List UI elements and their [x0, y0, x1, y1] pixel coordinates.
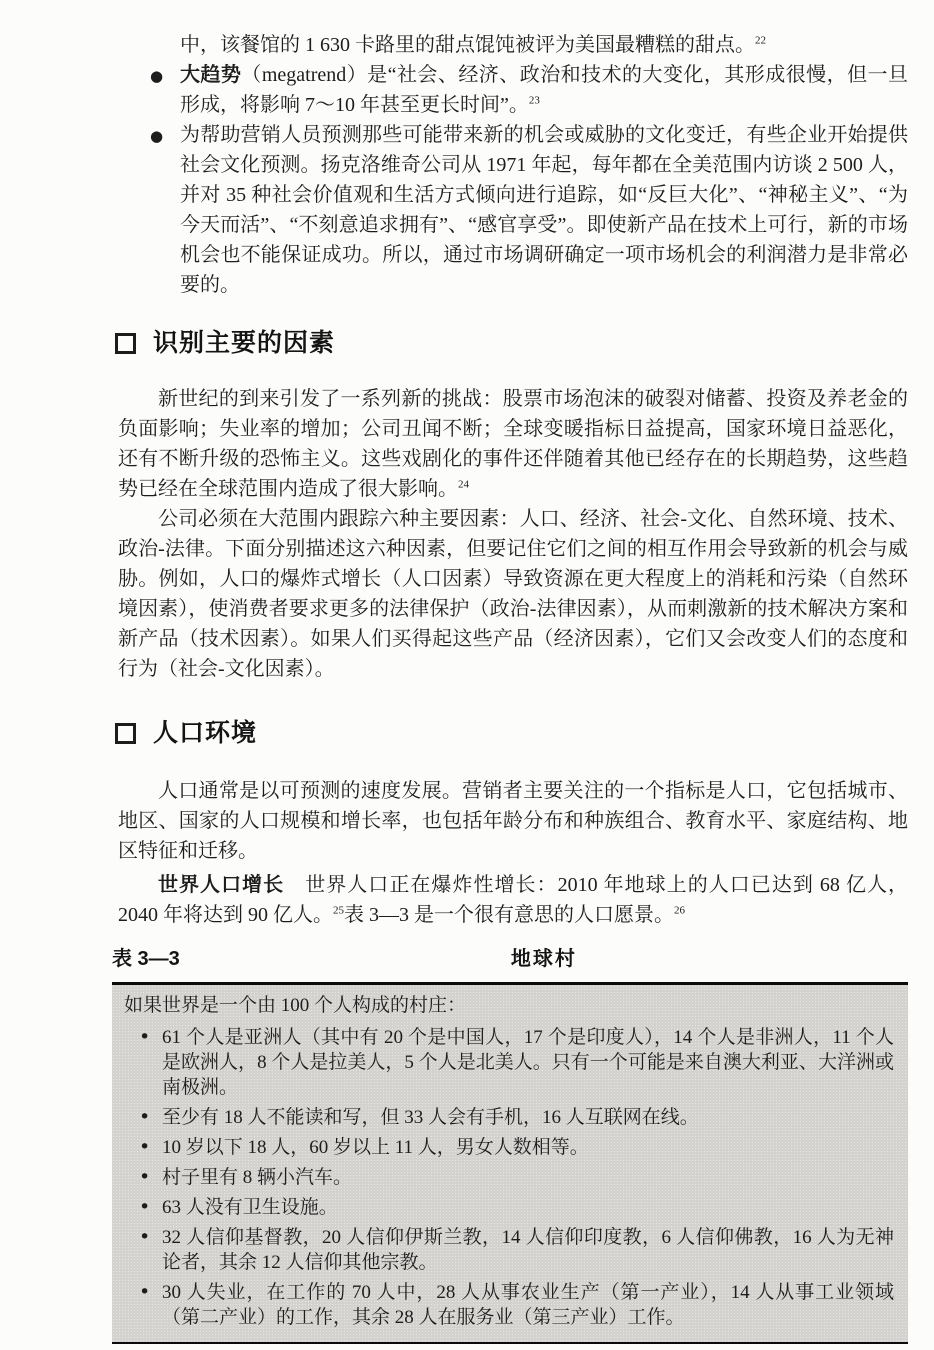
table-item: • 61 个人是亚洲人（其中有 20 个是中国人，17 个是印度人），14 个人…: [124, 1025, 894, 1100]
paragraph: 人口通常是以可预测的速度发展。营销者主要关注的一个指标是人口，它包括城市、地区、…: [118, 776, 908, 866]
top-continuation-block: 中，该餐馆的 1 630 卡路里的甜点馄饨被评为美国最糟糕的甜点。22 ● 大趋…: [118, 30, 908, 300]
table-item-list: • 61 个人是亚洲人（其中有 20 个是中国人，17 个是印度人），14 个人…: [124, 1025, 894, 1330]
list-dot-icon: •: [139, 1280, 150, 1305]
table-caption: 表 3—3 地球村: [112, 944, 908, 974]
table-item-text: 30 人失业，在工作的 70 人中，28 人从事农业生产（第一产业），14 人从…: [162, 1282, 894, 1328]
table-item-text: 至少有 18 人不能读和写，但 33 人会有手机，16 人互联网在线。: [162, 1107, 699, 1128]
table-title: 地球村: [180, 944, 908, 974]
bullet-dot-icon: ●: [150, 61, 163, 91]
table-item: • 63 人没有卫生设施。: [124, 1195, 894, 1220]
section-heading-text: 人口环境: [153, 718, 257, 748]
section-heading-demographic-environment: 人口环境: [115, 718, 908, 748]
table-item-text: 32 人信仰基督教，20 人信仰伊斯兰教，14 人信仰印度教，6 人信仰佛教，1…: [162, 1227, 894, 1273]
bullet-item: ● 大趋势（megatrend）是“社会、经济、政治和技术的大变化，其形成很慢，…: [180, 60, 908, 120]
paragraph: 世界人口增长 世界人口正在爆炸性增长：2010 年地球上的人口已达到 68 亿人…: [118, 870, 908, 930]
section-heading-identify-factors: 识别主要的因素: [115, 328, 908, 358]
bullet-item: ● 为帮助营销人员预测那些可能带来新的机会或威胁的文化变迁，有些企业开始提供社会…: [180, 120, 908, 300]
list-dot-icon: •: [139, 1225, 150, 1250]
paragraph: 公司必须在大范围内跟踪六种主要因素：人口、经济、社会-文化、自然环境、技术、政治…: [118, 504, 908, 684]
table-item-text: 61 个人是亚洲人（其中有 20 个是中国人，17 个是印度人），14 个人是非…: [162, 1027, 894, 1098]
table-item: • 10 岁以下 18 人，60 岁以上 11 人，男女人数相等。: [124, 1135, 894, 1160]
bullet-list: ● 大趋势（megatrend）是“社会、经济、政治和技术的大变化，其形成很慢，…: [180, 60, 908, 300]
global-village-table: 如果世界是一个由 100 个人构成的村庄： • 61 个人是亚洲人（其中有 20…: [112, 982, 908, 1344]
table-label: 表 3—3: [112, 944, 180, 974]
scanned-book-page: 中，该餐馆的 1 630 卡路里的甜点馄饨被评为美国最糟糕的甜点。22 ● 大趋…: [0, 0, 934, 1350]
section-square-icon: [115, 723, 136, 744]
bullet-item-text: 为帮助营销人员预测那些可能带来新的机会或威胁的文化变迁，有些企业开始提供社会文化…: [180, 124, 908, 296]
paragraph: 新世纪的到来引发了一系列新的挑战：股票市场泡沫的破裂对储蓄、投资及养老金的负面影…: [118, 384, 908, 504]
page-content: 中，该餐馆的 1 630 卡路里的甜点馄饨被评为美国最糟糕的甜点。22 ● 大趋…: [118, 30, 908, 1344]
list-dot-icon: •: [139, 1165, 150, 1190]
table-item-text: 村子里有 8 辆小汽车。: [162, 1167, 352, 1188]
table-item-text: 63 人没有卫生设施。: [162, 1197, 338, 1218]
table-item: • 32 人信仰基督教，20 人信仰伊斯兰教，14 人信仰印度教，6 人信仰佛教…: [124, 1225, 894, 1275]
list-dot-icon: •: [139, 1195, 150, 1220]
section-square-icon: [115, 333, 136, 354]
continuation-paragraph: 中，该餐馆的 1 630 卡路里的甜点馄饨被评为美国最糟糕的甜点。22: [180, 30, 908, 60]
list-dot-icon: •: [139, 1105, 150, 1130]
bullet-dot-icon: ●: [150, 121, 163, 151]
table-item: • 30 人失业，在工作的 70 人中，28 人从事农业生产（第一产业），14 …: [124, 1280, 894, 1330]
table-item: • 村子里有 8 辆小汽车。: [124, 1165, 894, 1190]
table-intro: 如果世界是一个由 100 个人构成的村庄：: [124, 993, 894, 1018]
bullet-item-text: 大趋势（megatrend）是“社会、经济、政治和技术的大变化，其形成很慢，但一…: [180, 64, 908, 116]
table-item-text: 10 岁以下 18 人，60 岁以上 11 人，男女人数相等。: [162, 1137, 589, 1158]
section-heading-text: 识别主要的因素: [153, 328, 335, 358]
list-dot-icon: •: [139, 1135, 150, 1160]
table-item: • 至少有 18 人不能读和写，但 33 人会有手机，16 人互联网在线。: [124, 1105, 894, 1130]
list-dot-icon: •: [139, 1025, 150, 1050]
